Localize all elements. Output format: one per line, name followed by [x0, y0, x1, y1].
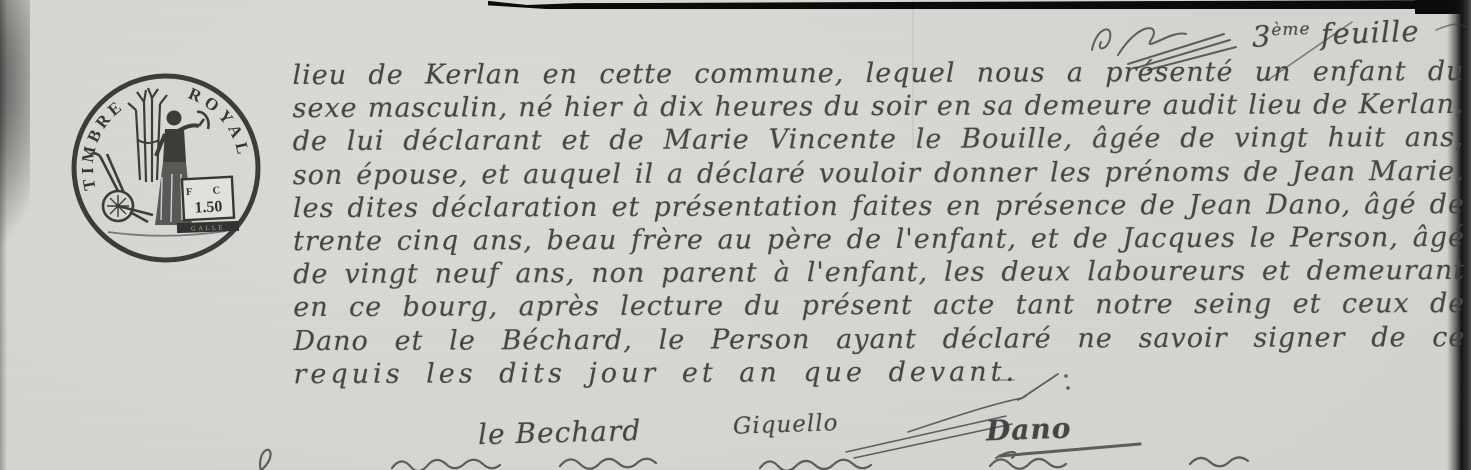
stamp-legend-timbre: TIMBRE	[78, 95, 128, 192]
sheet-ordinal: ème	[1271, 19, 1311, 40]
signature-dano: Dano	[985, 412, 1072, 448]
stamp-tariff-currency: F C	[186, 185, 230, 198]
scanned-register-page: TIMBRE ROYAL	[0, 0, 1471, 470]
bottom-partial-line	[260, 450, 1248, 470]
stamp-wheat-sheaf-icon	[128, 88, 167, 182]
act-body-text: lieu de Kerlan en cette commune, lequel …	[292, 56, 1465, 392]
sheet-number: 3	[1251, 19, 1272, 54]
act-line-6: trente cinq ans, beau frère au père de l…	[293, 222, 1465, 259]
act-line-8: en ce bourg, après lecture du présent ac…	[293, 288, 1465, 325]
signature-le-bechard: le Bechard	[478, 414, 642, 451]
signature-giquello: Giquello	[733, 410, 839, 440]
act-line-3: de lui déclarant et de Marie Vincente le…	[293, 122, 1465, 159]
sheet-word: feuille	[1320, 14, 1420, 51]
stamp-tariff-plaque: F C 1.50	[182, 177, 234, 221]
act-line-2: sexe masculin, né hier à dix heures du s…	[293, 89, 1465, 126]
act-line-4: son épouse, et auquel il a déclaré voulo…	[293, 156, 1465, 193]
act-line-5: les dites déclaration et présentation fa…	[293, 189, 1465, 226]
scan-edge-left-strip	[0, 0, 7, 470]
scan-edge-top-bar	[488, 0, 1471, 9]
stamp-tariff-value: 1.50	[194, 198, 223, 216]
stamp-plow-icon	[91, 153, 153, 222]
sheet-number-label: 3ème feuille	[1251, 12, 1466, 53]
act-line-7: de vingt neuf ans, non parent à l'enfant…	[293, 255, 1465, 292]
timbre-royal-stamp: TIMBRE ROYAL	[60, 62, 272, 274]
act-line-1: lieu de Kerlan en cette commune, lequel …	[292, 56, 1464, 93]
act-line-10: requis les dits jour et an que devant.	[293, 355, 1465, 392]
act-line-9: Dano et le Béchard, le Person ayant décl…	[293, 321, 1465, 358]
